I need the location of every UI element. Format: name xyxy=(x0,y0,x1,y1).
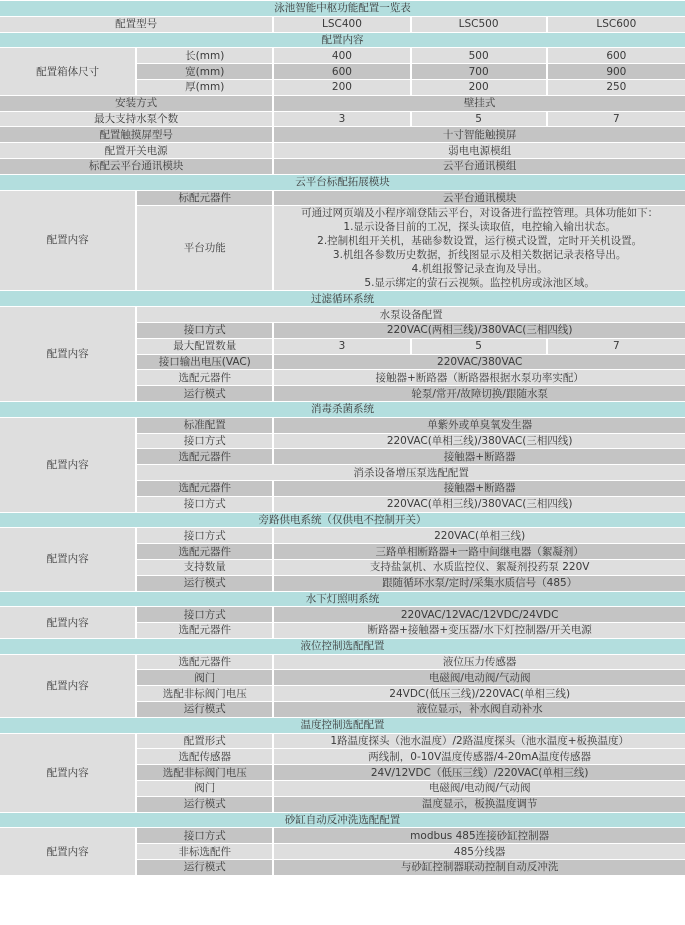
function-line: 3.机组各参数历史数据，折线图显示及相关数据记录表格导出。 xyxy=(274,248,685,262)
cell-value: 200 xyxy=(412,80,546,95)
section-row: 水下灯照明系统 xyxy=(0,592,685,607)
row-label: 运行模式 xyxy=(137,860,272,875)
cell-value: 三路单相断路器+一路中间继电器（絮凝剂） xyxy=(274,544,685,559)
row-label: 运行模式 xyxy=(137,576,272,591)
group-label: 配置内容 xyxy=(0,655,135,717)
table-row: 配置内容 标准配置 单紫外或单臭氧发生器 xyxy=(0,418,685,433)
cell-value: modbus 485连接砂缸控制器 xyxy=(274,828,685,843)
row-label: 配置开关电源 xyxy=(0,143,272,158)
row-label: 最大支持水泵个数 xyxy=(0,112,272,127)
config-table: 泳池智能中枢功能配置一览表 配置型号 LSC400 LSC500 LSC600 … xyxy=(0,0,685,876)
row-label: 选配元器件 xyxy=(137,449,272,464)
section-header-disinfection: 消毒杀菌系统 xyxy=(0,402,685,417)
cell-value: 250 xyxy=(548,80,685,95)
cell-value: 两线制，0-10V温度传感器/4-20mA温度传感器 xyxy=(274,749,685,764)
cell-value: 500 xyxy=(412,48,546,63)
model-lsc600: LSC600 xyxy=(548,17,685,32)
row-label: 接口输出电压(VAC) xyxy=(137,355,272,370)
cell-value: 壁挂式 xyxy=(274,96,685,111)
row-label: 选配元器件 xyxy=(137,623,272,638)
row-label: 选配非标阀门电压 xyxy=(137,765,272,780)
row-label: 标准配置 xyxy=(137,418,272,433)
cell-value: 轮泵/常开/故障切换/跟随水泵 xyxy=(274,386,685,401)
cell-value: 24VDC(低压三线)/220VAC(单相三线) xyxy=(274,686,685,701)
section-row: 砂缸自动反冲洗选配配置 xyxy=(0,813,685,828)
table-row: 标配云平台通讯模块 云平台通讯模组 xyxy=(0,159,685,174)
cell-value: 液位显示，补水阀自动补水 xyxy=(274,702,685,717)
function-line: 可通过网页端及小程序端登陆云平台，对设备进行监控管理。具体功能如下： xyxy=(274,206,685,220)
table-row: 配置触摸屏型号 十寸智能触摸屏 xyxy=(0,127,685,142)
cell-value: 接触器+断路器 xyxy=(274,481,685,496)
group-label: 配置内容 xyxy=(0,191,135,291)
row-label: 选配非标阀门电压 xyxy=(137,686,272,701)
row-label: 长(mm) xyxy=(137,48,272,63)
row-label: 标配云平台通讯模块 xyxy=(0,159,272,174)
cell-value: 云平台通讯模块 xyxy=(274,191,685,206)
cell-value: 220VAC(两相三线)/380VAC(三相四线) xyxy=(274,323,685,338)
section-row: 过滤循环系统 xyxy=(0,291,685,306)
cell-value: 接触器+断路器（断路器根据水泵功率实配） xyxy=(274,370,685,385)
cell-value: 220VAC/380VAC xyxy=(274,355,685,370)
row-label: 选配元器件 xyxy=(137,544,272,559)
cell-value: 支持盐氯机、水质监控仪、絮凝剂投药泵 220V xyxy=(274,560,685,575)
function-line: 2.控制机组开关机，基础参数设置，运行模式设置，定时开关机设置。 xyxy=(274,234,685,248)
section-header: 配置内容 xyxy=(0,33,685,48)
config-header-row: 配置内容 xyxy=(0,33,685,48)
group-label: 配置内容 xyxy=(0,734,135,812)
cell-value: 7 xyxy=(548,112,685,127)
row-label: 选配元器件 xyxy=(137,481,272,496)
cell-value: 700 xyxy=(412,64,546,79)
group-label: 配置内容 xyxy=(0,418,135,512)
cell-value: 600 xyxy=(548,48,685,63)
cell-value: 断路器+接触器+变压器/水下灯控制器/开关电源 xyxy=(274,623,685,638)
row-label: 配置触摸屏型号 xyxy=(0,127,272,142)
cell-value: 220VAC(单相三线) xyxy=(274,528,685,543)
row-label: 运行模式 xyxy=(137,797,272,812)
function-line: 5.显示绑定的萤石云视频。监控机房或泳池区域。 xyxy=(274,276,685,290)
cell-value: 200 xyxy=(274,80,409,95)
row-label: 阀门 xyxy=(137,781,272,796)
table-row: 配置开关电源 弱电电源模组 xyxy=(0,143,685,158)
row-label: 运行模式 xyxy=(137,702,272,717)
cell-value: 220VAC(单相三线)/380VAC(三相四线) xyxy=(274,497,685,512)
cell-value: 24V/12VDC（低压三线）/220VAC(单相三线) xyxy=(274,765,685,780)
cell-value: 400 xyxy=(274,48,409,63)
row-label: 选配元器件 xyxy=(137,370,272,385)
row-label: 接口方式 xyxy=(137,434,272,449)
section-row: 温度控制选配配置 xyxy=(0,718,685,733)
group-label: 配置内容 xyxy=(0,528,135,590)
row-label: 选配传感器 xyxy=(137,749,272,764)
table-row: 安装方式 壁挂式 xyxy=(0,96,685,111)
row-label: 运行模式 xyxy=(137,386,272,401)
row-label: 接口方式 xyxy=(137,828,272,843)
table-row: 配置内容 接口方式 220VAC(单相三线) xyxy=(0,528,685,543)
cell-value: 与砂缸控制器联动控制自动反冲洗 xyxy=(274,860,685,875)
model-lsc500: LSC500 xyxy=(412,17,546,32)
cell-value: 7 xyxy=(548,339,685,354)
group-label: 配置内容 xyxy=(0,828,135,874)
cell-value: 1路温度探头（池水温度）/2路温度探头（池水温度+板换温度） xyxy=(274,734,685,749)
function-line: 4.机组报警记录查询及导出。 xyxy=(274,262,685,276)
section-row: 旁路供电系统（仅供电不控制开关） xyxy=(0,513,685,528)
cell-value: 云平台通讯模组 xyxy=(274,159,685,174)
group-label: 配置内容 xyxy=(0,307,135,401)
section-row: 液位控制选配配置 xyxy=(0,639,685,654)
group-label: 配置内容 xyxy=(0,607,135,638)
model-lsc400: LSC400 xyxy=(274,17,409,32)
model-row: 配置型号 LSC400 LSC500 LSC600 xyxy=(0,17,685,32)
cell-value: 3 xyxy=(274,339,409,354)
row-label: 接口方式 xyxy=(137,497,272,512)
row-label: 宽(mm) xyxy=(137,64,272,79)
cell-value: 跟随循环水泵/定时/采集水质信号（485） xyxy=(274,576,685,591)
row-label: 标配元器件 xyxy=(137,191,272,206)
row-label: 阀门 xyxy=(137,670,272,685)
cell-value: 5 xyxy=(412,112,546,127)
sub-header: 消杀设备增压泵选配配置 xyxy=(137,465,685,480)
sub-header: 水泵设备配置 xyxy=(137,307,685,322)
section-header-filter: 过滤循环系统 xyxy=(0,291,685,306)
cell-value: 600 xyxy=(274,64,409,79)
table-row: 配置内容 选配元器件 液位压力传感器 xyxy=(0,655,685,670)
section-header-bypass: 旁路供电系统（仅供电不控制开关） xyxy=(0,513,685,528)
cell-value: 电磁阀/电动阀/气动阀 xyxy=(274,781,685,796)
cell-value: 220VAC(单相三线)/380VAC(三相四线) xyxy=(274,434,685,449)
cell-value: 900 xyxy=(548,64,685,79)
cell-value: 弱电电源模组 xyxy=(274,143,685,158)
cell-value: 3 xyxy=(274,112,409,127)
row-label: 支持数量 xyxy=(137,560,272,575)
table-row: 配置箱体尺寸 长(mm) 400 500 600 xyxy=(0,48,685,63)
platform-functions: 可通过网页端及小程序端登陆云平台，对设备进行监控管理。具体功能如下： 1.显示设… xyxy=(274,206,685,290)
table-row: 配置内容 接口方式 modbus 485连接砂缸控制器 xyxy=(0,828,685,843)
cell-value: 单紫外或单臭氧发生器 xyxy=(274,418,685,433)
row-label: 最大配置数量 xyxy=(137,339,272,354)
row-label: 非标选配件 xyxy=(137,844,272,859)
table-row: 最大支持水泵个数 3 5 7 xyxy=(0,112,685,127)
section-header-backwash: 砂缸自动反冲洗选配配置 xyxy=(0,813,685,828)
row-label: 平台功能 xyxy=(137,206,272,290)
row-label: 接口方式 xyxy=(137,528,272,543)
table-title-row: 泳池智能中枢功能配置一览表 xyxy=(0,1,685,16)
table-row: 配置内容 配置形式 1路温度探头（池水温度）/2路温度探头（池水温度+板换温度） xyxy=(0,734,685,749)
row-label: 接口方式 xyxy=(137,607,272,622)
table-row: 配置内容 接口方式 220VAC/12VAC/12VDC/24VDC xyxy=(0,607,685,622)
function-line: 1.显示设备目前的工况，探头读取值，电控输入输出状态。 xyxy=(274,220,685,234)
section-header-temperature: 温度控制选配配置 xyxy=(0,718,685,733)
section-row: 云平台标配拓展模块 xyxy=(0,175,685,190)
row-label: 安装方式 xyxy=(0,96,272,111)
cell-value: 220VAC/12VAC/12VDC/24VDC xyxy=(274,607,685,622)
table-title: 泳池智能中枢功能配置一览表 xyxy=(0,1,685,16)
table-row: 配置内容 标配元器件 云平台通讯模块 xyxy=(0,191,685,206)
model-label: 配置型号 xyxy=(0,17,272,32)
row-label: 厚(mm) xyxy=(137,80,272,95)
section-header-level: 液位控制选配配置 xyxy=(0,639,685,654)
row-label: 接口方式 xyxy=(137,323,272,338)
cell-value: 十寸智能触摸屏 xyxy=(274,127,685,142)
row-label: 配置形式 xyxy=(137,734,272,749)
section-header-lighting: 水下灯照明系统 xyxy=(0,592,685,607)
section-row: 消毒杀菌系统 xyxy=(0,402,685,417)
cell-value: 液位压力传感器 xyxy=(274,655,685,670)
cell-value: 电磁阀/电动阀/气动阀 xyxy=(274,670,685,685)
table-row: 配置内容 水泵设备配置 xyxy=(0,307,685,322)
box-size-label: 配置箱体尺寸 xyxy=(0,48,135,94)
row-label: 选配元器件 xyxy=(137,655,272,670)
cell-value: 485分线器 xyxy=(274,844,685,859)
section-header-cloud: 云平台标配拓展模块 xyxy=(0,175,685,190)
cell-value: 接触器+断路器 xyxy=(274,449,685,464)
cell-value: 温度显示，板换温度调节 xyxy=(274,797,685,812)
cell-value: 5 xyxy=(412,339,546,354)
